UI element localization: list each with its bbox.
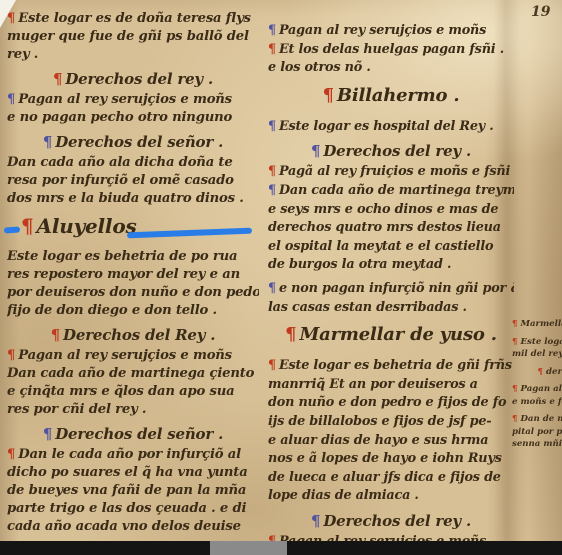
pilcrow-mark: ¶ bbox=[21, 214, 34, 238]
text-line: e çinq̃ta mrs e q̃los dan apo sua bbox=[7, 383, 259, 401]
body-block: ¶Pagã al rey fruiçios e moñs e fsñi .¶Da… bbox=[268, 163, 514, 275]
text-line: derechos quatro mrs destos lieua bbox=[268, 219, 514, 238]
margin-note-block: ¶Marmella bbox=[512, 318, 562, 331]
manuscript-text: Pagã al rey fruiçios e moñs e fsñi . bbox=[279, 164, 514, 179]
pilcrow-mark: ¶ bbox=[512, 414, 517, 424]
manuscript-text: don nuño e don pedro e fijos de fo bbox=[268, 395, 506, 410]
body-block: Dan cada año ala dicha doña teresa por i… bbox=[7, 154, 259, 208]
rubric-block: ¶Derechos del señor . bbox=[7, 424, 259, 445]
text-line: cada año acada vno delos deuise bbox=[7, 518, 259, 536]
manuscript-text: Dan cada año de martinega çiento bbox=[7, 366, 254, 381]
text-line: senna mñia bbox=[512, 438, 562, 451]
photo-border-bar bbox=[0, 541, 562, 555]
manuscript-text: res repostero mayor del rey e an bbox=[7, 267, 240, 282]
manuscript-text: e non pagan infurçiõ nin gñi por q̃ bbox=[279, 281, 514, 296]
text-line: ¶Dan cada año de martinega treym bbox=[268, 182, 514, 201]
text-line: de lueca e aluar jfs dica e fijos de bbox=[268, 469, 514, 488]
text-line: ¶Dan de mñig bbox=[512, 413, 562, 426]
manuscript-text: Derechos del rey . bbox=[323, 512, 471, 530]
manuscript-text: Este logar es bbox=[520, 337, 562, 347]
text-line: resa por infurçiõ el omẽ casado bbox=[7, 172, 259, 190]
rubric-block: ¶Derechos del rey . bbox=[268, 511, 514, 532]
text-line: ¶der bbox=[512, 366, 562, 379]
text-line: muger que fue de gñi ps ballõ del bbox=[7, 28, 259, 46]
text-line: ¶Dan le cada año por infurçiõ al bbox=[7, 446, 259, 464]
text-line: ¶Derechos del rey . bbox=[268, 141, 514, 162]
text-line: rey . bbox=[7, 46, 259, 64]
body-block: ¶Pagan al rey serujçios e moñsDan cada a… bbox=[7, 347, 259, 419]
text-line: ¶Este logar es de doña teresa flys bbox=[7, 10, 259, 28]
text-line: por deuiseros don nuño e don pedo bbox=[7, 284, 259, 302]
pilcrow-mark: ¶ bbox=[268, 23, 276, 38]
manuscript-text: dicho po suares el q̃ ha vna yunta bbox=[7, 465, 248, 480]
pilcrow-mark: ¶ bbox=[7, 348, 15, 363]
text-line: manrriq̃ Et an por deuiseros a bbox=[268, 376, 514, 395]
text-line: ¶Derechos del rey . bbox=[268, 511, 514, 532]
pilcrow-mark: ¶ bbox=[311, 142, 320, 160]
pilcrow-mark: ¶ bbox=[285, 324, 296, 345]
manuscript-text: e los otros nõ . bbox=[268, 60, 371, 75]
manuscript-text: Este logar es behetria de po rua bbox=[7, 249, 237, 264]
manuscript-text: Pagan al rey serujçios e moñs bbox=[18, 348, 232, 363]
rubric-block: ¶Derechos del rey . bbox=[268, 141, 514, 162]
pilcrow-mark: ¶ bbox=[512, 319, 517, 329]
manuscript-text: Dan le cada año por infurçiõ al bbox=[18, 447, 241, 462]
manuscript-text: e seys mrs e ocho dinos e mas de bbox=[268, 202, 498, 217]
text-line: ¶Billahermo . bbox=[268, 83, 514, 109]
manuscript-text: cada año acada vno delos deuise bbox=[7, 519, 241, 534]
pilcrow-mark: ¶ bbox=[268, 281, 276, 296]
text-line: ¶Et los delas huelgas pagan fsñi . bbox=[268, 41, 514, 60]
manuscript-text: Pagan al rey serujçios e moñs bbox=[279, 23, 486, 38]
text-line: ¶Derechos del rey . bbox=[7, 69, 259, 90]
manuscript-page-photo: 19 ¶Este logar es de doña teresa flysmug… bbox=[0, 0, 562, 555]
text-line: ¶Pagan al rey serujçios e moñs bbox=[7, 347, 259, 365]
manuscript-text: Derechos del señor . bbox=[55, 425, 223, 443]
manuscript-text: mil del rey . bbox=[512, 349, 562, 359]
pilcrow-mark: ¶ bbox=[268, 42, 276, 57]
manuscript-text: lope dias de almiaca . bbox=[268, 488, 419, 503]
text-line: lope dias de almiaca . bbox=[268, 487, 514, 506]
text-line: pital por pñi bbox=[512, 426, 562, 439]
heading-block: ¶Marmellar de yuso . bbox=[268, 322, 514, 348]
body-block: ¶Pagan al rey serujçios e moñs¶Et los de… bbox=[268, 22, 514, 78]
text-line: de burgos la otra meytad . bbox=[268, 256, 514, 275]
margin-note-block: ¶Este logar esmil del rey . bbox=[512, 336, 562, 361]
pilcrow-mark: ¶ bbox=[323, 85, 334, 106]
text-line: ¶Este logar es behetria de gñi frñs bbox=[268, 357, 514, 376]
manuscript-text: e no pagan pecho otro ninguno bbox=[7, 110, 232, 125]
text-line: ¶e non pagan infurçiõ nin gñi por q̃ bbox=[268, 280, 514, 299]
rubric-block: ¶Derechos del rey . bbox=[7, 69, 259, 90]
pilcrow-mark: ¶ bbox=[512, 384, 517, 394]
text-line: ¶Marmellar de yuso . bbox=[268, 322, 514, 348]
manuscript-text: e moñs e fo bbox=[512, 397, 562, 407]
text-line: ¶Derechos del señor . bbox=[7, 132, 259, 153]
pilcrow-mark: ¶ bbox=[268, 119, 276, 134]
text-line: Este logar es behetria de po rua bbox=[7, 248, 259, 266]
body-block: ¶Pagan al rey serujçios e moñse no pagan… bbox=[7, 91, 259, 127]
manuscript-text: Marmella bbox=[520, 319, 562, 329]
pilcrow-mark: ¶ bbox=[7, 11, 15, 26]
text-line: e aluar dias de hayo e sus hrma bbox=[268, 432, 514, 451]
column-right: ¶Pagan al rey serujçios e moñs¶Et los de… bbox=[268, 22, 514, 555]
text-line: ¶Este logar es bbox=[512, 336, 562, 349]
rubric-block: ¶Derechos del señor . bbox=[7, 132, 259, 153]
manuscript-text: Pagan al rey bbox=[520, 384, 562, 394]
body-block: Este logar es behetria de po ruares repo… bbox=[7, 248, 259, 320]
manuscript-text: Aluyellos bbox=[37, 214, 137, 238]
margin-note-block: ¶Pagan al reye moñs e fo bbox=[512, 383, 562, 408]
manuscript-text: ijs de billalobos e fijos de jsf pe- bbox=[268, 414, 491, 429]
text-line: don nuño e don pedro e fijos de fo bbox=[268, 394, 514, 413]
text-line: ¶Derechos del Rey . bbox=[7, 325, 259, 346]
text-line: dos mrs e la biuda quatro dinos . bbox=[7, 190, 259, 208]
manuscript-text: Dan cada año de martinega treym bbox=[279, 183, 514, 198]
heading-block: ¶Billahermo . bbox=[268, 83, 514, 109]
pilcrow-mark: ¶ bbox=[43, 425, 52, 443]
manuscript-text: Este logar es hospital del Rey . bbox=[279, 119, 494, 134]
manuscript-text: Marmellar de yuso . bbox=[299, 324, 496, 345]
manuscript-text: las casas estan desrribadas . bbox=[268, 300, 467, 315]
text-line: e moñs e fo bbox=[512, 396, 562, 409]
pilcrow-mark: ¶ bbox=[512, 337, 517, 347]
column-left: ¶Este logar es de doña teresa flysmuger … bbox=[7, 10, 259, 541]
manuscript-text: senna mñia bbox=[512, 439, 562, 449]
margin-note-block: ¶der bbox=[512, 366, 562, 379]
body-block: ¶Este logar es hospital del Rey . bbox=[268, 118, 514, 137]
text-line: nos e ã lopes de hayo e iohn Ruys bbox=[268, 450, 514, 469]
pilcrow-mark: ¶ bbox=[7, 92, 15, 107]
pilcrow-mark: ¶ bbox=[268, 183, 276, 198]
manuscript-text: manrriq̃ Et an por deuiseros a bbox=[268, 377, 478, 392]
text-line: ijs de billalobos e fijos de jsf pe- bbox=[268, 413, 514, 432]
text-line: las casas estan desrribadas . bbox=[268, 299, 514, 318]
manuscript-text: parte trigo e las dos çeuada . e di bbox=[7, 501, 246, 516]
text-line: mil del rey . bbox=[512, 348, 562, 361]
body-block: ¶e non pagan infurçiõ nin gñi por q̃las … bbox=[268, 280, 514, 317]
manuscript-text: de bueyes vna fañi de pan la mña bbox=[7, 483, 246, 498]
pilcrow-mark: ¶ bbox=[268, 164, 276, 179]
photo-border-gray-segment bbox=[210, 541, 287, 555]
manuscript-text: dos mrs e la biuda quatro dinos . bbox=[7, 191, 244, 206]
body-block: ¶Este logar es de doña teresa flysmuger … bbox=[7, 10, 259, 64]
text-line: res por cñi del rey . bbox=[7, 401, 259, 419]
text-line: ¶Derechos del señor . bbox=[7, 424, 259, 445]
text-line: e los otros nõ . bbox=[268, 59, 514, 78]
manuscript-text: Dan cada año ala dicha doña te bbox=[7, 155, 233, 170]
text-line: ¶Marmella bbox=[512, 318, 562, 331]
manuscript-text: Et los delas huelgas pagan fsñi . bbox=[279, 42, 504, 57]
manuscript-text: Derechos del rey . bbox=[65, 70, 213, 88]
text-line: ¶Pagan al rey serujçios e moñs bbox=[268, 22, 514, 41]
rubric-block: ¶Derechos del Rey . bbox=[7, 325, 259, 346]
manuscript-text: rey . bbox=[7, 47, 38, 62]
text-line: el ospital la meytat e el castiello bbox=[268, 238, 514, 257]
pilcrow-mark: ¶ bbox=[311, 512, 320, 530]
text-line: ¶Pagã al rey fruiçios e moñs e fsñi . bbox=[268, 163, 514, 182]
text-line: dicho po suares el q̃ ha vna yunta bbox=[7, 464, 259, 482]
text-line: res repostero mayor del rey e an bbox=[7, 266, 259, 284]
manuscript-text: Derechos del señor . bbox=[55, 133, 223, 151]
pilcrow-mark: ¶ bbox=[7, 447, 15, 462]
body-block: ¶Este logar es behetria de gñi frñsmanrr… bbox=[268, 357, 514, 506]
pilcrow-mark: ¶ bbox=[51, 326, 60, 344]
manuscript-text: res por cñi del rey . bbox=[7, 402, 146, 417]
text-line: e seys mrs e ocho dinos e mas de bbox=[268, 201, 514, 220]
manuscript-text: muger que fue de gñi ps ballõ del bbox=[7, 29, 249, 44]
manuscript-text: pital por pñi bbox=[512, 427, 562, 437]
manuscript-text: de burgos la otra meytad . bbox=[268, 257, 451, 272]
manuscript-text: resa por infurçiõ el omẽ casado bbox=[7, 173, 234, 188]
manuscript-text: por deuiseros don nuño e don pedo bbox=[7, 285, 259, 300]
text-line: Dan cada año de martinega çiento bbox=[7, 365, 259, 383]
folio-number: 19 bbox=[531, 4, 562, 20]
manuscript-text: Dan de mñig bbox=[520, 414, 562, 424]
manuscript-text: Derechos del Rey . bbox=[63, 326, 215, 344]
text-line: parte trigo e las dos çeuada . e di bbox=[7, 500, 259, 518]
manuscript-text: Derechos del rey . bbox=[323, 142, 471, 160]
manuscript-text: de lueca e aluar jfs dica e fijos de bbox=[268, 470, 501, 485]
pilcrow-mark: ¶ bbox=[43, 133, 52, 151]
pilcrow-mark: ¶ bbox=[538, 367, 543, 377]
annotation-dash bbox=[4, 226, 20, 233]
margin-note-block: ¶Dan de mñigpital por pñisenna mñia bbox=[512, 413, 562, 451]
text-line: Dan cada año ala dicha doña te bbox=[7, 154, 259, 172]
facing-page-strip: ¶Marmella¶Este logar esmil del rey .¶der… bbox=[512, 318, 562, 468]
manuscript-text: nos e ã lopes de hayo e iohn Ruys bbox=[268, 451, 502, 466]
pilcrow-mark: ¶ bbox=[53, 70, 62, 88]
text-line: ¶Pagan al rey bbox=[512, 383, 562, 396]
manuscript-text: e çinq̃ta mrs e q̃los dan apo sua bbox=[7, 384, 234, 399]
text-line: e no pagan pecho otro ninguno bbox=[7, 109, 259, 127]
manuscript-text: fijo de don diego e don tello . bbox=[7, 303, 217, 318]
body-block: ¶Dan le cada año por infurçiõ aldicho po… bbox=[7, 446, 259, 536]
text-line: de bueyes vna fañi de pan la mña bbox=[7, 482, 259, 500]
manuscript-text: Billahermo . bbox=[337, 85, 460, 106]
text-line: ¶Pagan al rey serujçios e moñs bbox=[7, 91, 259, 109]
manuscript-text: Pagan al rey serujçios e moñs bbox=[18, 92, 232, 107]
pilcrow-mark: ¶ bbox=[268, 358, 276, 373]
text-line: fijo de don diego e don tello . bbox=[7, 302, 259, 320]
manuscript-text: e aluar dias de hayo e sus hrma bbox=[268, 433, 488, 448]
manuscript-text: Este logar es de doña teresa flys bbox=[18, 11, 251, 26]
manuscript-text: el ospital la meytat e el castiello bbox=[268, 239, 493, 254]
manuscript-text: Este logar es behetria de gñi frñs bbox=[279, 358, 512, 373]
text-line: ¶Este logar es hospital del Rey . bbox=[268, 118, 514, 137]
manuscript-text: der bbox=[546, 367, 562, 377]
manuscript-text: derechos quatro mrs destos lieua bbox=[268, 220, 501, 235]
